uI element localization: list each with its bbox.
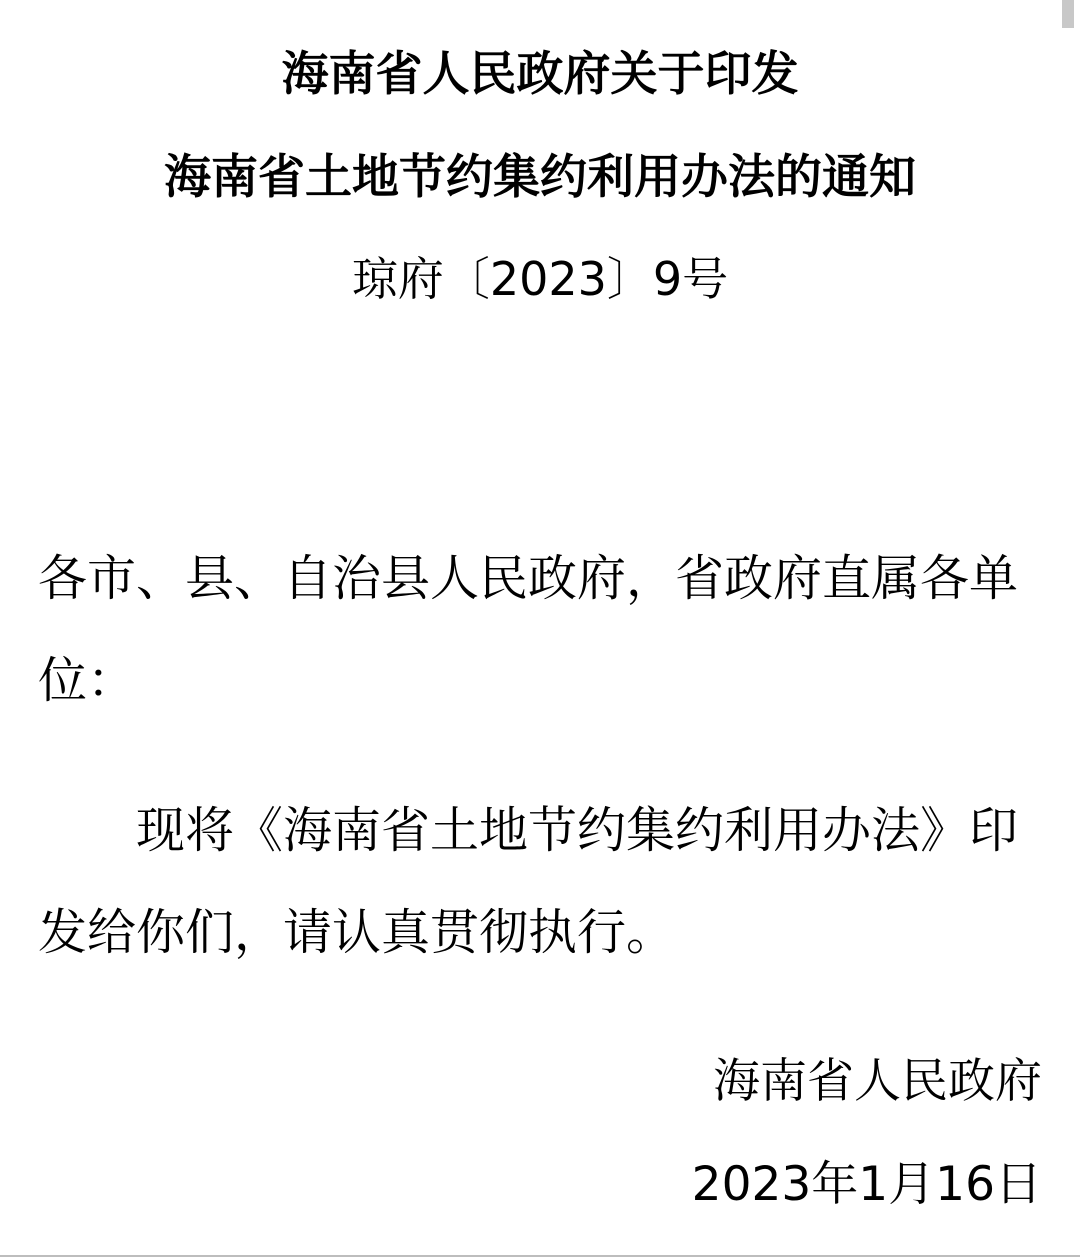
document-number: 琼府〔2023〕9号	[0, 249, 1080, 309]
scrollbar-thumb[interactable]	[1062, 0, 1074, 28]
signature-organization: 海南省人民政府	[713, 1052, 1042, 1112]
bottom-divider	[0, 1255, 1080, 1257]
addressee: 各市、县、自治县人民政府，省政府直属各单位：	[38, 528, 1044, 732]
body-paragraph: 现将《海南省土地节约集约利用办法》印发给你们，请认真贯彻执行。	[38, 780, 1044, 984]
document-title-line1: 海南省人民政府关于印发	[0, 45, 1080, 105]
document-page: 海南省人民政府关于印发 海南省土地节约集约利用办法的通知 琼府〔2023〕9号 …	[0, 0, 1080, 1258]
signature-date: 2023年1月16日	[692, 1155, 1042, 1215]
document-title-line2: 海南省土地节约集约利用办法的通知	[0, 148, 1080, 208]
